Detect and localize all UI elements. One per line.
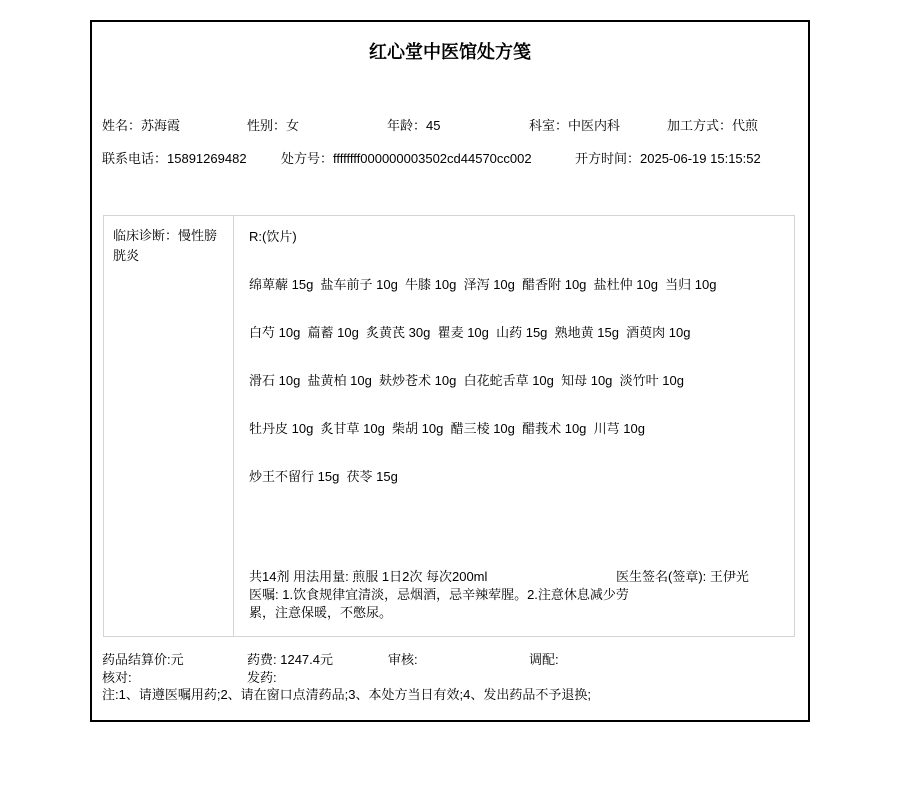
medicine-line: 滑石 10g 盐黄柏 10g 麸炒苍术 10g 白花蛇舌草 10g 知母 10g… — [249, 372, 779, 390]
review-field: 审核: — [388, 652, 418, 669]
prescription-number-label: 处方号： — [281, 151, 333, 166]
issue-medicine-field: 发药: — [247, 670, 277, 687]
prescription-time-value: 2025-06-19 15:15:52 — [640, 151, 761, 166]
review-label: 审核: — [388, 652, 418, 667]
page-title: 红心堂中医馆处方笺 — [92, 38, 808, 64]
patient-name-value: 苏海霞 — [141, 118, 180, 133]
footnote: 注:1、请遵医嘱用药;2、请在窗口点清药品;3、本处方当日有效;4、发出药品不予… — [102, 687, 591, 704]
department-value: 中医内科 — [568, 118, 620, 133]
dispense-prep-field: 调配: — [529, 652, 559, 669]
issue-medicine-label: 发药: — [247, 670, 277, 685]
patient-gender-value: 女 — [286, 118, 299, 133]
medicine-fee-label: 药费: — [247, 652, 280, 667]
processing-method-field: 加工方式：代煎 — [667, 118, 758, 135]
department-label: 科室： — [529, 118, 568, 133]
patient-age-label: 年龄： — [387, 118, 426, 133]
processing-method-value: 代煎 — [732, 118, 758, 133]
medicine-line: 炒王不留行 15g 茯苓 15g — [249, 468, 779, 486]
department-field: 科室：中医内科 — [529, 118, 620, 135]
patient-gender-label: 性别： — [247, 118, 286, 133]
doctor-signature-label: 医生签名(签章): — [616, 569, 710, 584]
settlement-price-value: 元 — [171, 652, 184, 667]
patient-age-value: 45 — [426, 118, 440, 133]
doctor-signature-field: 医生签名(签章): 王伊光 — [616, 568, 749, 586]
phone-label: 联系电话： — [102, 151, 167, 166]
clinical-diagnosis-cell: 临床诊断：慢性膀胱炎 — [104, 216, 234, 636]
doctor-signature-value: 王伊光 — [710, 569, 749, 584]
verify-label: 核对: — [102, 670, 132, 685]
prescription-time-field: 开方时间：2025-06-19 15:15:52 — [575, 151, 761, 168]
prescription-time-label: 开方时间： — [575, 151, 640, 166]
rx-header: R:(饮片) — [249, 228, 779, 246]
medicine-fee-field: 药费: 1247.4元 — [247, 652, 333, 669]
rx-cell: R:(饮片) 绵萆薢 15g 盐车前子 10g 牛膝 10g 泽泻 10g 醋香… — [234, 216, 794, 636]
medicine-line: 白芍 10g 萹蓄 10g 炙黄芪 30g 瞿麦 10g 山药 15g 熟地黄 … — [249, 324, 779, 342]
prescription-number-field: 处方号：ffffffff000000003502cd44570cc002 — [281, 151, 532, 168]
prescription-body-box: 临床诊断：慢性膀胱炎 R:(饮片) 绵萆薢 15g 盐车前子 10g 牛膝 10… — [103, 215, 795, 637]
verify-field: 核对: — [102, 670, 132, 687]
medicine-line: 绵萆薢 15g 盐车前子 10g 牛膝 10g 泽泻 10g 醋香附 10g 盐… — [249, 276, 779, 294]
medicine-fee-value: 1247.4元 — [280, 652, 333, 667]
phone-field: 联系电话：15891269482 — [102, 151, 247, 168]
clinical-diagnosis-label: 临床诊断： — [113, 228, 178, 243]
medicine-line: 牡丹皮 10g 炙甘草 10g 柴胡 10g 醋三棱 10g 醋莪术 10g 川… — [249, 420, 779, 438]
patient-age-field: 年龄：45 — [387, 118, 440, 135]
settlement-price-label: 药品结算价: — [102, 652, 171, 667]
dispense-prep-label: 调配: — [529, 652, 559, 667]
patient-name-label: 姓名： — [102, 118, 141, 133]
patient-gender-field: 性别：女 — [247, 118, 299, 135]
prescription-number-value: ffffffff000000003502cd44570cc002 — [333, 151, 532, 166]
phone-value: 15891269482 — [167, 151, 247, 166]
rx-footer: 共14剂 用法用量: 煎服 1日2次 每次200ml 医嘱: 1.饮食规律宜清淡… — [249, 568, 779, 622]
doctor-advice: 医嘱: 1.饮食规律宜清淡，忌烟酒，忌辛辣荤腥。2.注意休息减少劳累，注意保暖，… — [249, 586, 641, 622]
processing-method-label: 加工方式： — [667, 118, 732, 133]
prescription-sheet: 红心堂中医馆处方笺 姓名：苏海霞 性别：女 年龄：45 科室：中医内科 加工方式… — [90, 20, 810, 722]
patient-name-field: 姓名：苏海霞 — [102, 118, 180, 135]
settlement-price-field: 药品结算价:元 — [102, 652, 184, 669]
